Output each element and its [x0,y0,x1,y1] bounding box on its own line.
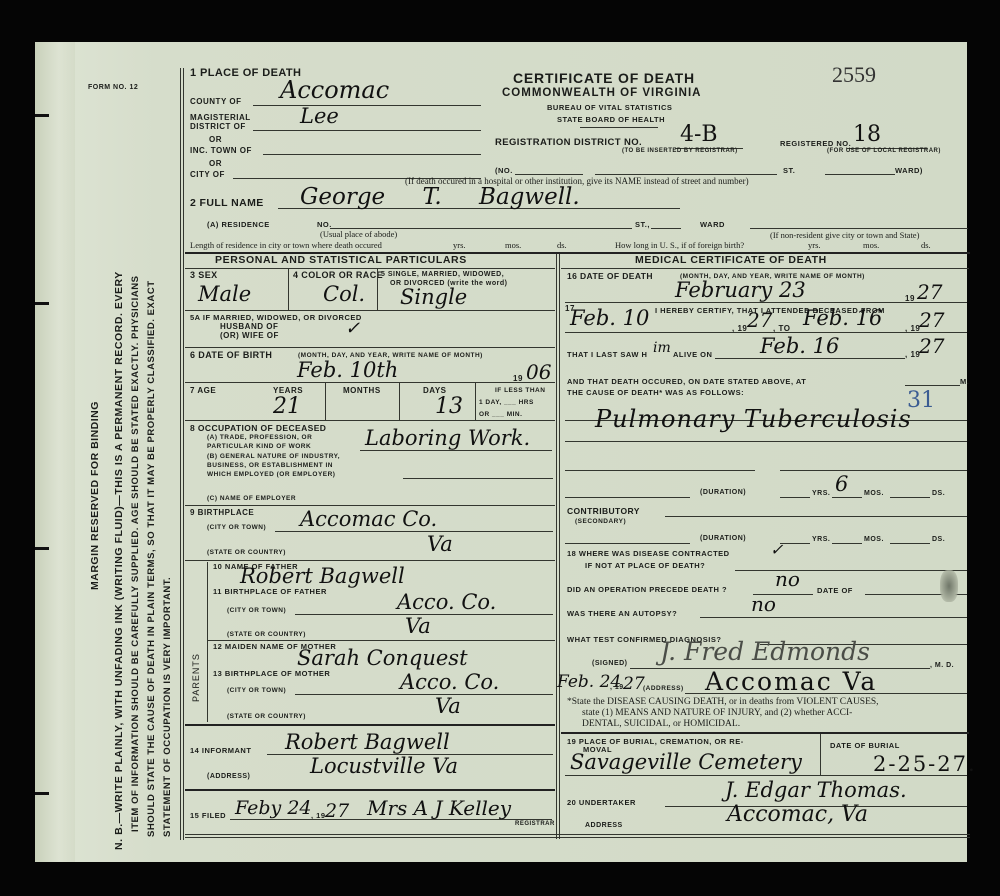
last-saw-year: 27 [919,334,944,358]
county-label: COUNTY OF [190,97,241,106]
attended-line [565,332,967,333]
death-certificate-document: FORM NO. 12 MARGIN RESERVED FOR BINDING … [35,42,967,862]
row-rule [185,382,555,383]
duration-ds-line [890,543,930,544]
nonresident-note: (If non-resident give city or town and S… [770,230,919,240]
street-no-line [515,174,583,175]
foreign-birth-label: How long in U. S., if of foreign birth? [615,240,744,250]
informant-label: 14 INFORMANT [190,746,251,755]
contributory-label: CONTRIBUTORY [567,506,640,516]
bottom-rule [185,837,970,838]
personal-heading: PERSONAL AND STATISTICAL PARTICULARS [215,254,467,266]
cause-line [780,470,967,471]
father-birth-state-value: Va [405,614,431,638]
contracted-line [735,570,967,571]
county-value: Accomac [280,76,389,104]
bottom-rule [185,834,970,835]
dob-year-value: 06 [526,360,551,384]
death-occured-label: AND THAT DEATH OCCURED, ON DATE STATED A… [567,377,806,386]
burial-date-label: DATE OF BURIAL [830,741,900,750]
ink-stain [940,570,958,602]
magisterial-label: MAGISTERIAL [190,113,251,122]
autopsy-line [700,617,967,618]
undertaker-address-label: ADDRESS [585,822,623,829]
occupation-line [360,450,552,451]
employer-label: (C) NAME OF EMPLOYER [207,495,296,502]
time-line [905,385,960,386]
margin-binding-note: MARGIN RESERVED FOR BINDING [89,401,101,590]
title-rule [580,127,658,128]
cause-line [565,470,755,471]
state-or-country-label: (STATE OR COUNTRY) [207,549,286,556]
less-than-label: IF LESS THAN [495,387,545,394]
autopsy-value: no [751,592,776,616]
md-label: , M. D. [930,662,954,669]
occupation-label: 8 OCCUPATION OF DECEASED [190,423,326,433]
spouse-label: 5A IF MARRIED, WIDOWED, OR DIVORCED [190,313,362,322]
informant-value: Robert Bagwell [285,730,450,754]
footnote-line-1: *State the DISEASE CAUSING DEATH, or in … [567,697,879,707]
bureau-label: BUREAU OF VITAL STATISTICS [547,103,672,112]
frame-rule [180,68,181,840]
years-value: 21 [273,394,301,419]
st-label: ST. [783,166,795,175]
county-line [253,105,481,106]
husband-label: HUSBAND OF [220,322,278,331]
last-saw-him: im [653,340,671,356]
tear-mark [35,547,49,550]
column-divider [556,254,557,839]
cell-divider [288,268,289,310]
registered-no-note: (FOR USE OF LOCAL REGISTRAR) [827,148,941,154]
occupation-b-label-2: BUSINESS, OR ESTABLISHMENT IN [207,462,333,469]
duration-mos-line [832,543,862,544]
date-of-death-value: February 23 [675,278,806,302]
yrs-label: YRS. [812,490,830,497]
burial-place-value: Savageville Cemetery [570,750,802,774]
spouse-value: ✓ [345,318,360,339]
margin-instruction-3: SHOULD STATE THE CAUSE OF DEATH IN PLAIN… [146,280,157,837]
physician-address-label: (ADDRESS) [643,685,684,692]
full-name-label: 2 FULL NAME [190,197,264,209]
contracted-checkmark: ✓ [770,540,783,559]
signed-label: (SIGNED) [592,660,628,667]
industry-line [403,478,553,479]
mother-birth-state-value: Va [435,694,461,718]
date-of-label: DATE OF [817,586,853,595]
tear-mark [35,792,49,795]
duration-ds-line [890,497,930,498]
mother-birth-city-value: Acco. Co. [400,670,499,694]
street-line [595,174,777,175]
secondary-label: (SECONDARY) [575,518,626,525]
contributory-line [665,516,967,517]
father-name-value: Robert Bagwell [240,564,405,588]
occupation-a-label: (A) TRADE, PROFESSION, OR [207,434,312,441]
duration-yrs-line [780,543,810,544]
cell-divider [399,382,400,420]
city-label: CITY OF [190,170,225,179]
burial-date-value: 2-25-27. [873,752,977,776]
row-rule [185,505,555,506]
ds-label: ds. [921,240,931,250]
physician-address-value: Accomac Va [705,667,877,696]
registrar-label: REGISTRAR [515,821,555,827]
cause-value: Pulmonary Tuberculosis [595,405,912,433]
row-rule [185,310,555,311]
last-saw-label: THAT I LAST SAW H [567,350,647,359]
mos-label: mos. [505,240,521,250]
parents-divider [207,562,208,722]
physician-signature: J. Fred Edmonds [660,637,870,666]
row-rule [561,268,969,269]
sex-label: 3 SEX [190,270,218,280]
certificate-title: CERTIFICATE OF DEATH [513,70,695,86]
date-of-death-label: 16 DATE OF DEATH [567,271,653,281]
cell-divider [475,382,476,420]
ds-label: DS. [932,536,945,543]
occupation-a-label-2: PARTICULAR KIND OF WORK [207,443,311,450]
section-divider [185,789,555,791]
column-divider [559,254,560,839]
inc-town-line [263,154,481,155]
days-value: 13 [435,394,463,419]
abode-note: (Usual place of abode) [320,229,397,239]
or-label: OR [209,135,222,144]
mos-label: MOS. [864,536,884,543]
months-label: MONTHS [343,386,381,395]
occupation-value: Laboring Work. [365,426,530,450]
state-or-country-label: (STATE OR COUNTRY) [227,713,306,720]
residence-ward-label: WARD [700,220,725,229]
undertaker-label: 20 UNDERTAKER [567,798,636,807]
registration-district-label: REGISTRATION DISTRICT NO. [495,137,642,148]
row-rule [185,347,555,348]
margin-instruction-4: STATEMENT OF OCCUPATION IS VERY IMPORTAN… [162,577,173,837]
duration-label: (DURATION) [700,535,746,542]
father-birth-city-value: Acco. Co. [397,590,496,614]
mos-label: mos. [863,240,879,250]
city-or-town-label: (CITY OR TOWN) [227,607,286,614]
full-name-value: George T. Bagwell. [300,184,580,210]
yrs-label: YRS. [812,536,830,543]
dob-value: Feb. 10th [297,358,398,382]
duration-mos-line [832,497,862,498]
or-label: OR [209,159,222,168]
mos-label: MOS. [864,490,884,497]
form-number: FORM NO. 12 [88,84,138,91]
section-divider [185,724,555,726]
duration-line [565,543,690,544]
filed-label: 15 FILED [190,811,226,820]
no-label: (NO. [495,166,513,175]
duration-yrs-line [780,497,810,498]
mother-birth-city-line [295,694,553,695]
contracted-label: 18 WHERE WAS DISEASE CONTRACTED [567,549,730,558]
residence-st-label: ST., [635,220,650,229]
district-line [253,130,481,131]
less-than-hrs: 1 DAY, ___ HRS [479,399,534,406]
duration-label: (DURATION) [700,489,746,496]
alive-on-label: ALIVE ON [673,350,712,359]
mother-birthplace-label: 13 BIRTHPLACE OF MOTHER [213,669,330,678]
less-than-min: OR ___ MIN. [479,411,522,418]
commonwealth-title: COMMONWEALTH OF VIRGINIA [502,87,701,99]
yrs-label: yrs. [453,240,466,250]
birthplace-label: 9 BIRTHPLACE [190,508,254,517]
row-rule [185,268,555,269]
dod-line [565,302,967,303]
birthplace-city-line [275,531,553,532]
residence-label: (A) RESIDENCE [207,220,270,229]
occupation-b-label: (B) GENERAL NATURE OF INDUSTRY, [207,453,340,460]
m-label: M. [960,377,969,386]
attended-from-value: Feb. 10 [570,306,649,330]
margin-instruction-2: ITEM OF INFORMATION SHOULD BE CAREFULLY … [130,275,141,832]
dob-label: 6 DATE OF BIRTH [190,350,272,360]
ward-line [825,174,895,175]
row-rule [185,420,555,421]
dod-year: 27 [917,280,942,304]
residence-st-line [651,228,681,229]
duration-mos-value: 6 [835,472,848,496]
tear-mark [35,302,49,305]
tear-mark [35,114,49,117]
inc-town-label: INC. TOWN OF [190,146,252,155]
sign-year-prefix: , 19 [610,684,624,691]
filed-value: Feby 24 [235,797,312,819]
section-divider [561,732,969,734]
cell-divider [325,382,326,420]
registered-no-value: 18 [853,122,881,147]
row-rule [207,640,555,641]
last-saw-value: Feb. 16 [760,334,839,358]
operation-value: no [775,567,800,591]
district-label: DISTRICT OF [190,122,246,131]
parents-side-label: PARENTS [191,653,201,702]
from-year: 27 [747,308,772,332]
registered-no-label: REGISTERED NO. [780,139,851,148]
length-of-residence-label: Length of residence in city or town wher… [190,240,382,250]
birthplace-city-value: Accomac Co. [300,507,437,531]
cell-divider [820,734,821,776]
mother-name-value: Sarah Conquest [297,646,468,670]
cell-divider [377,268,378,310]
yrs-label: yrs. [808,240,821,250]
occupation-b-label-3: WHICH EMPLOYED (OR EMPLOYER) [207,471,335,478]
autopsy-label: WAS THERE AN AUTOPSY? [567,609,677,618]
medical-heading: MEDICAL CERTIFICATE OF DEATH [635,254,827,266]
duration-line [565,497,690,498]
ds-label: DS. [932,490,945,497]
registration-district-value: 4-B [680,122,718,147]
undertaker-value: J. Edgar Thomas. [725,778,907,802]
city-or-town-label: (CITY OR TOWN) [207,524,266,531]
city-or-town-label: (CITY OR TOWN) [227,687,286,694]
margin-instruction-1: N. B.—WRITE PLAINLY, WITH UNFADING INK (… [113,271,125,850]
ward-label: WARD) [895,166,923,175]
ds-label: ds. [557,240,567,250]
race-value: Col. [323,282,365,306]
last-saw-line [715,358,905,359]
father-birthplace-label: 11 BIRTHPLACE OF FATHER [213,587,327,596]
frame-rule [183,68,184,840]
footnote-line-2: state (1) MEANS AND NATURE OF INJURY, an… [582,708,852,718]
marital-label: 5 SINGLE, MARRIED, WIDOWED, [381,271,504,278]
informant-address-label: (ADDRESS) [207,773,250,780]
certificate-number: 2559 [832,62,876,88]
binding-fold [35,42,75,862]
cause-line [565,441,967,442]
sign-year: 27 [623,674,645,694]
contracted-label-2: IF NOT AT PLACE OF DEATH? [585,561,705,570]
state-or-country-label: (STATE OR COUNTRY) [227,631,306,638]
to-year: 27 [919,308,944,332]
cause-label: THE CAUSE OF DEATH* WAS AS FOLLOWS: [567,388,744,397]
age-label: 7 AGE [190,386,216,395]
district-value: Lee [300,104,339,128]
burial-line [565,775,967,776]
board-label: STATE BOARD OF HEALTH [557,115,665,124]
informant-address-value: Locustville Va [310,754,458,778]
footnote-line-3: DENTAL, SUICIDAL, or HOMICIDAL. [582,719,740,729]
residence-ward-line [750,228,968,229]
birthplace-state-value: Va [427,532,453,556]
row-rule [185,560,555,561]
registration-district-note: (TO BE INSERTED BY REGISTRAR) [622,148,738,154]
registrar-value: Mrs A J Kelley [367,796,511,820]
race-label: 4 COLOR OR RACE [293,270,383,280]
operation-label: DID AN OPERATION PRECEDE DEATH ? [567,585,727,594]
attended-to-value: Feb. 16 [803,306,882,330]
sex-value: Male [198,282,251,306]
undertaker-address-value: Accomac, Va [727,802,868,827]
marital-value: Single [400,285,467,309]
wife-label: (OR) WIFE OF [220,331,279,340]
